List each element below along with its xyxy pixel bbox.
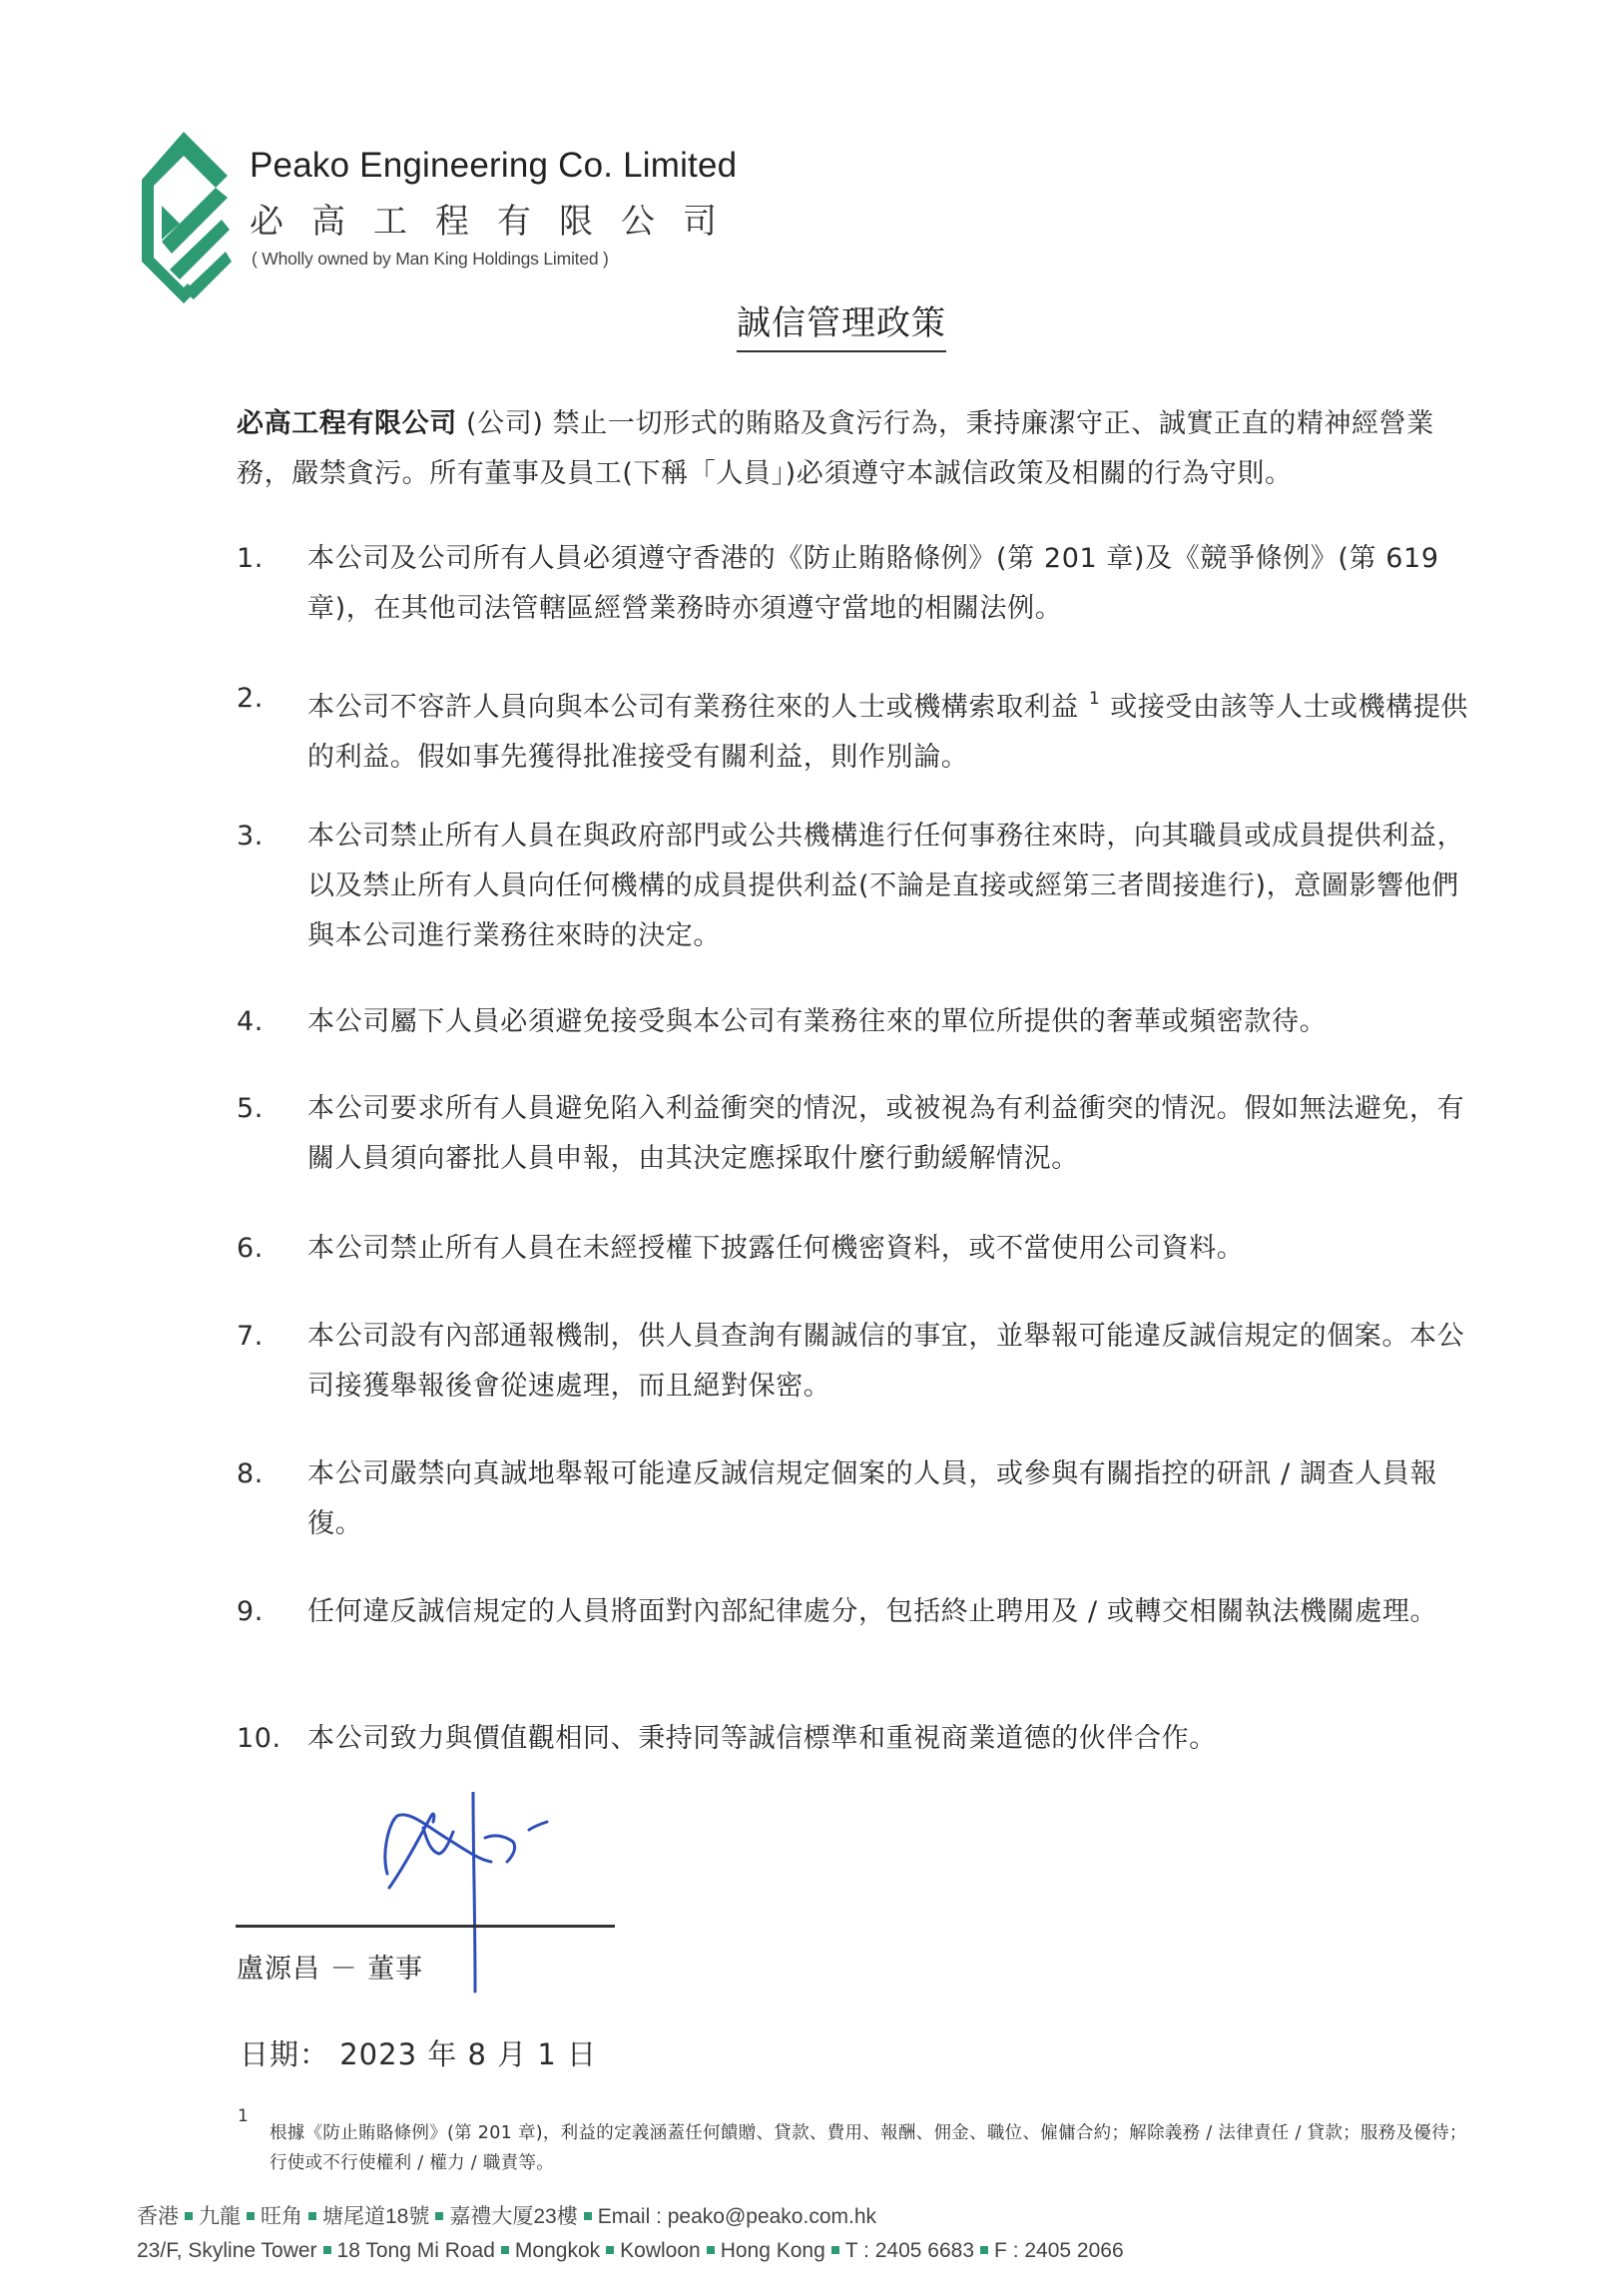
- intro-company-name: 必高工程有限公司: [237, 408, 457, 439]
- date-value: 2023 年 8 月 1 日: [339, 2037, 597, 2071]
- item-number: 8.: [237, 1449, 296, 1499]
- bullet-square-icon: [247, 2212, 255, 2220]
- bullet-square-icon: [606, 2246, 614, 2254]
- item-text: 本公司及公司所有人員必須遵守香港的《防止賄賂條例》(第 201 章)及《競爭條例…: [307, 534, 1474, 634]
- policy-item-10: 10. 本公司致力與價值觀相同、秉持同等誠信標準和重視商業道德的伙伴合作。: [237, 1714, 1474, 1764]
- company-name-zh: 必高工程有限公司: [250, 194, 745, 243]
- footer-segment: 18 Tong Mi Road: [337, 2239, 495, 2262]
- item-text: 任何違反誠信規定的人員將面對內部紀律處分，包括終止聘用及 / 或轉交相關執法機關…: [307, 1587, 1474, 1637]
- bullet-square-icon: [584, 2212, 592, 2220]
- policy-item-7: 7. 本公司設有內部通報機制，供人員查詢有關誠信的事宜，並舉報可能違反誠信規定的…: [237, 1312, 1474, 1412]
- document-title: 誠信管理政策: [737, 295, 946, 352]
- footer-segment: 嘉禮大厦23樓: [449, 2205, 577, 2228]
- signature-line: [236, 1925, 615, 1928]
- signature-date: 日期： 2023 年 8 月 1 日: [240, 2032, 597, 2073]
- bullet-square-icon: [707, 2246, 715, 2254]
- footer-phone: T : 2405 6683: [845, 2239, 974, 2262]
- bullet-square-icon: [980, 2246, 988, 2254]
- footer-segment: Kowloon: [620, 2239, 701, 2262]
- bullet-square-icon: [185, 2212, 193, 2220]
- footnote-text: 根據《防止賄賂條例》(第 201 章)，利益的定義涵蓋任何饋贈、貸款、費用、報酬…: [270, 2118, 1467, 2178]
- item-number: 5.: [237, 1084, 296, 1134]
- item-text: 本公司嚴禁向真誠地舉報可能違反誠信規定個案的人員，或參與有關指控的研訊 / 調查…: [307, 1449, 1474, 1549]
- item-text: 本公司禁止所有人員在未經授權下披露任何機密資料，或不當使用公司資料。: [307, 1224, 1474, 1274]
- item-text: 本公司屬下人員必須避免接受與本公司有業務往來的單位所提供的奢華或頻密款待。: [307, 997, 1474, 1047]
- company-subtitle: ( Wholly owned by Man King Holdings Limi…: [252, 249, 609, 270]
- item-text: 本公司致力與價值觀相同、秉持同等誠信標準和重視商業道德的伙伴合作。: [307, 1714, 1474, 1764]
- footer-segment: 塘尾道18號: [322, 2205, 429, 2228]
- item-number: 2.: [237, 674, 296, 724]
- bullet-square-icon: [435, 2212, 443, 2220]
- policy-item-9: 9. 任何違反誠信規定的人員將面對內部紀律處分，包括終止聘用及 / 或轉交相關執…: [237, 1587, 1474, 1637]
- footer-address-en: 23/F, Skyline Tower18 Tong Mi RoadMongko…: [137, 2239, 1124, 2263]
- item-number: 3.: [237, 812, 296, 861]
- item-text: 本公司不容許人員向與本公司有業務往來的人士或機構索取利益1或接受由該等人士或機構…: [307, 674, 1474, 783]
- footer-segment: Hong Kong: [721, 2239, 825, 2262]
- policy-item-8: 8. 本公司嚴禁向真誠地舉報可能違反誠信規定個案的人員，或參與有關指控的研訊 /…: [237, 1449, 1474, 1549]
- policy-item-4: 4. 本公司屬下人員必須避免接受與本公司有業務往來的單位所提供的奢華或頻密款待。: [237, 997, 1474, 1047]
- item-text-part-a: 本公司不容許人員向與本公司有業務往來的人士或機構索取利益: [307, 692, 1079, 723]
- bullet-square-icon: [831, 2246, 839, 2254]
- date-label: 日期：: [240, 2037, 329, 2071]
- bullet-square-icon: [501, 2246, 509, 2254]
- signer-name-title: 盧源昌 － 董事: [237, 1947, 423, 1986]
- policy-item-3: 3. 本公司禁止所有人員在與政府部門或公共機構進行任何事務往來時，向其職員或成員…: [237, 812, 1474, 961]
- item-text: 本公司禁止所有人員在與政府部門或公共機構進行任何事務往來時，向其職員或成員提供利…: [307, 812, 1474, 961]
- footer-segment: Mongkok: [515, 2239, 600, 2262]
- item-number: 6.: [237, 1224, 296, 1274]
- policy-item-6: 6. 本公司禁止所有人員在未經授權下披露任何機密資料，或不當使用公司資料。: [237, 1224, 1474, 1274]
- policy-item-5: 5. 本公司要求所有人員避免陷入利益衝突的情況，或被視為有利益衝突的情況。假如無…: [237, 1084, 1474, 1184]
- policy-item-2: 2. 本公司不容許人員向與本公司有業務往來的人士或機構索取利益1或接受由該等人士…: [237, 674, 1474, 783]
- item-text: 本公司設有內部通報機制，供人員查詢有關誠信的事宜，並舉報可能違反誠信規定的個案。…: [307, 1312, 1474, 1412]
- bullet-square-icon: [308, 2212, 316, 2220]
- footnote-reference: 1: [1089, 689, 1100, 709]
- company-name-en: Peako Engineering Co. Limited: [250, 146, 737, 186]
- footer-fax: F : 2405 2066: [994, 2239, 1124, 2262]
- footnote-number: 1: [238, 2106, 249, 2126]
- item-number: 4.: [237, 997, 296, 1047]
- intro-paragraph: 必高工程有限公司 (公司) 禁止一切形式的賄賂及貪污行為，秉持廉潔守正、誠實正直…: [237, 399, 1474, 499]
- company-logo-icon: [140, 130, 232, 305]
- item-text: 本公司要求所有人員避免陷入利益衝突的情況，或被視為有利益衝突的情況。假如無法避免…: [307, 1084, 1474, 1184]
- footer-segment: 23/F, Skyline Tower: [137, 2239, 317, 2262]
- item-number: 7.: [237, 1312, 296, 1362]
- item-number: 9.: [237, 1587, 296, 1637]
- bullet-square-icon: [323, 2246, 331, 2254]
- item-number: 10.: [237, 1714, 296, 1764]
- footer-email[interactable]: Email : peako@peako.com.hk: [598, 2205, 876, 2228]
- footer-segment: 旺角: [261, 2205, 302, 2228]
- item-number: 1.: [237, 534, 296, 584]
- footer-address-zh: 香港九龍旺角塘尾道18號嘉禮大厦23樓Email : peako@peako.c…: [137, 2200, 876, 2230]
- footer-segment: 香港: [137, 2205, 179, 2228]
- policy-item-1: 1. 本公司及公司所有人員必須遵守香港的《防止賄賂條例》(第 201 章)及《競…: [237, 534, 1474, 634]
- footer-segment: 九龍: [199, 2205, 241, 2228]
